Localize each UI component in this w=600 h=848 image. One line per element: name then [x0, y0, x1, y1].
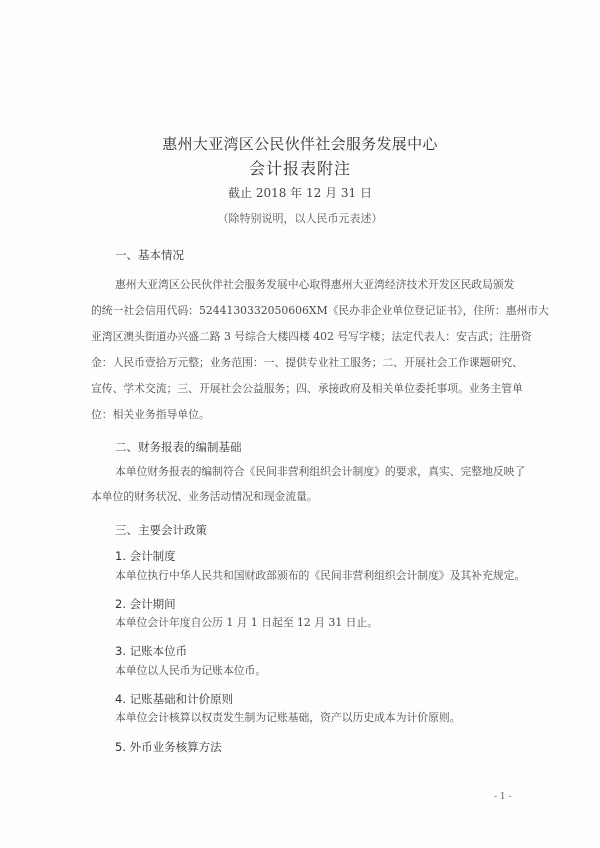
policy-heading-accounting-system: 1. 会计制度 — [115, 548, 176, 564]
paragraph-line: 位：相关业务指导单位。 — [91, 407, 210, 422]
page-number: - 1 - — [494, 792, 512, 802]
policy-text: 本单位执行中华人民共和国财政部颁布的《民间非营利组织会计制度》及其补充规定。 — [115, 568, 525, 583]
policy-heading-functional-currency: 3. 记账本位币 — [115, 643, 187, 659]
paragraph-line: 宣传、学术交流；三、开展社会公益服务；四、承接政府及相关单位委托事项。业务主管单 — [91, 381, 523, 396]
section-2-heading: 二、财务报表的编制基础 — [115, 439, 242, 455]
paragraph-line: 惠州大亚湾区公民伙伴社会服务发展中心取得惠州大亚湾经济技术开发区民政局颁发 — [115, 277, 514, 292]
policy-text: 本单位会计年度自公历 1 月 1 日起至 12 月 31 日止。 — [115, 615, 378, 630]
document-subtitle: 会计报表附注 — [0, 156, 600, 179]
policy-heading-accounting-basis: 4. 记账基础和计价原则 — [115, 691, 233, 707]
paragraph-line: 本单位的财务状况、业务活动情况和现金流量。 — [91, 489, 318, 504]
section-3-heading: 三、主要会计政策 — [115, 522, 207, 538]
policy-text: 本单位会计核算以权责发生制为记账基础，资产以历史成本为计价原则。 — [115, 710, 461, 725]
currency-note: （除特别说明，以人民币元表述） — [0, 210, 600, 226]
section-1-heading: 一、基本情况 — [115, 247, 184, 263]
paragraph-line: 亚湾区澳头街道办兴盛二路 3 号综合大楼四楼 402 号写字楼；法定代表人：安吉… — [91, 329, 532, 344]
policy-heading-foreign-currency: 5. 外币业务核算方法 — [115, 739, 222, 755]
document-page: { "header": { "title_line1": "惠州大亚湾区公民伙伴… — [0, 0, 600, 848]
paragraph-line: 金：人民币壹拾万元整；业务范围：一、提供专业社工服务；二、开展社会工作课题研究、 — [91, 355, 523, 370]
policy-heading-accounting-period: 2. 会计期间 — [115, 596, 176, 612]
paragraph-line: 本单位财务报表的编制符合《民间非营利组织会计制度》的要求，真实、完整地反映了 — [115, 464, 525, 479]
period-date: 截止 2018 年 12 月 31 日 — [0, 184, 600, 201]
policy-text: 本单位以人民币为记账本位币。 — [115, 663, 266, 678]
paragraph-line: 的统一社会信用代码：5244130332050606XM《民办非企业单位登记证书… — [91, 303, 549, 318]
document-title: 惠州大亚湾区公民伙伴社会服务发展中心 — [0, 133, 600, 154]
